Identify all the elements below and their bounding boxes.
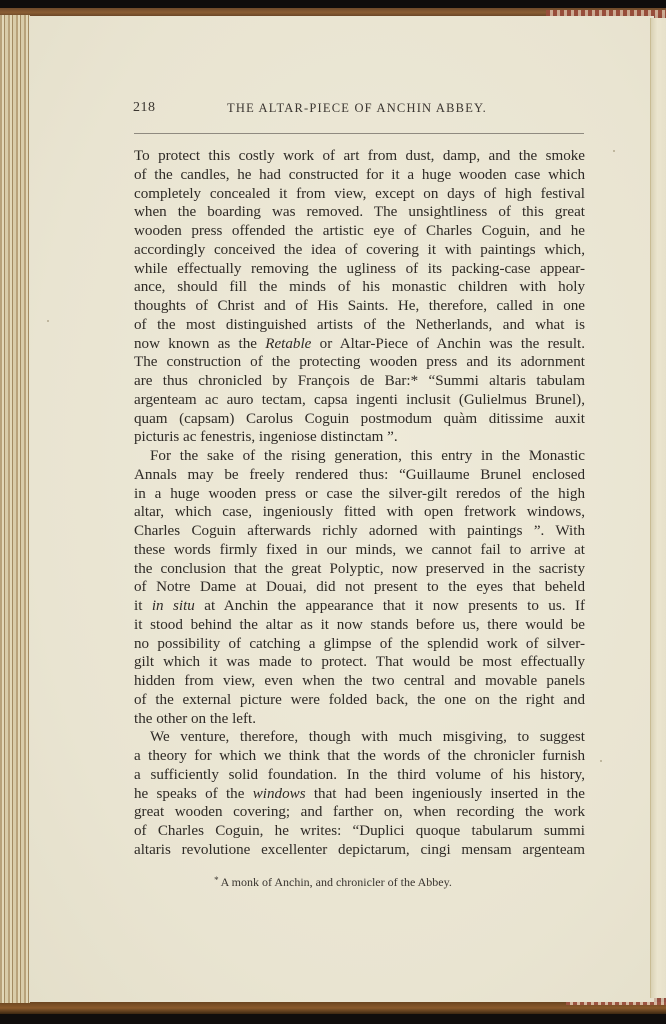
- text-run: that had been ingeniously inserted in th…: [306, 786, 585, 802]
- text-line: quam (capsam) Carolus Coguin postmodum q…: [134, 410, 585, 429]
- text-line: We venture, therefore, though with much …: [134, 728, 585, 747]
- text-run: at Anchin the appearance that it now pre…: [195, 598, 585, 614]
- text-line: altar, which case, ingeniously fitted wi…: [134, 503, 585, 522]
- text-line: wooden press offended the artistic eye o…: [134, 222, 585, 241]
- text-line: To protect this costly work of art from …: [134, 147, 585, 166]
- footnote-marker: *: [214, 875, 219, 885]
- text-line: it in situ at Anchin the appearance that…: [134, 597, 585, 616]
- text-run: it: [134, 598, 152, 614]
- text-line: Annals may be freely rendered thus: “Gui…: [134, 466, 585, 485]
- text-line: of the external picture were folded back…: [134, 691, 585, 710]
- text-line: picturis ac fenestris, ingeniose distinc…: [134, 428, 585, 447]
- italic-term: Retable: [265, 336, 311, 352]
- paper-speck: [600, 760, 602, 762]
- scanned-book-page: 218 THE ALTAR-PIECE OF ANCHIN ABBEY. To …: [0, 0, 666, 1024]
- text-line: argenteam ac auro tectam, capsa ingenti …: [134, 391, 585, 410]
- text-run: now known as the: [134, 336, 265, 352]
- text-run: or Altar-Piece of Anchin was the result.: [311, 336, 585, 352]
- text-line: in a huge wooden press or case the silve…: [134, 485, 585, 504]
- text-line: he speaks of the windows that had been i…: [134, 785, 585, 804]
- text-line: gilt which it was made to protect. That …: [134, 653, 585, 672]
- text-line: ance, should fill the minds of his monas…: [134, 278, 585, 297]
- text-line: a sufficiently solid foundation. In the …: [134, 766, 585, 785]
- text-line: completely concealed it from view, excep…: [134, 185, 585, 204]
- text-line: are thus chronicled by François de Bar:*…: [134, 372, 585, 391]
- text-line: For the sake of the rising generation, t…: [134, 447, 585, 466]
- text-line: thoughts of Christ and of His Saints. He…: [134, 297, 585, 316]
- text-line: accordingly conceived the idea of coveri…: [134, 241, 585, 260]
- text-line: of Charles Coguin, he writes: “Duplici q…: [134, 822, 585, 841]
- text-line: when the boarding was removed. The unsig…: [134, 203, 585, 222]
- text-line: now known as the Retable or Altar-Piece …: [134, 335, 585, 354]
- text-line: a theory for which we think that the wor…: [134, 747, 585, 766]
- text-line: of Notre Dame at Douai, did not present …: [134, 578, 585, 597]
- text-line: The construction of the protecting woode…: [134, 353, 585, 372]
- text-line: the conclusion that the great Polyptic, …: [134, 560, 585, 579]
- text-run: he speaks of the: [134, 786, 253, 802]
- text-line: altaris revolutione excellenter depictar…: [134, 841, 585, 860]
- footnote: *A monk of Anchin, and chronicler of the…: [0, 875, 666, 890]
- text-line: Charles Coguin afterwards richly adorned…: [134, 522, 585, 541]
- text-line: the other on the left.: [134, 710, 585, 729]
- running-header: 218 THE ALTAR-PIECE OF ANCHIN ABBEY.: [133, 100, 585, 120]
- running-title: THE ALTAR-PIECE OF ANCHIN ABBEY.: [227, 101, 487, 116]
- page-right-fold: [650, 18, 666, 998]
- paper-speck: [47, 320, 49, 322]
- text-line: no possibility of catching a glimpse of …: [134, 635, 585, 654]
- text-line: these words firmly fixed in our minds, w…: [134, 541, 585, 560]
- text-line: of the most distinguished artists of the…: [134, 316, 585, 335]
- italic-term: in situ: [152, 598, 195, 614]
- footnote-text: A monk of Anchin, and chronicler of the …: [221, 875, 452, 889]
- text-line: great wooden covering; and farther on, w…: [134, 803, 585, 822]
- paper-speck: [613, 150, 615, 152]
- italic-term: windows: [253, 786, 306, 802]
- header-rule: [134, 133, 584, 134]
- text-line: while effectually removing the ugliness …: [134, 260, 585, 279]
- page-number: 218: [133, 100, 156, 116]
- body-text: To protect this costly work of art from …: [134, 147, 585, 860]
- text-line: it stood behind the altar as it now stan…: [134, 616, 585, 635]
- page-stack-left: [0, 15, 30, 1003]
- text-line: of the candles, he had constructed for i…: [134, 166, 585, 185]
- text-line: hidden from view, even when the two cent…: [134, 672, 585, 691]
